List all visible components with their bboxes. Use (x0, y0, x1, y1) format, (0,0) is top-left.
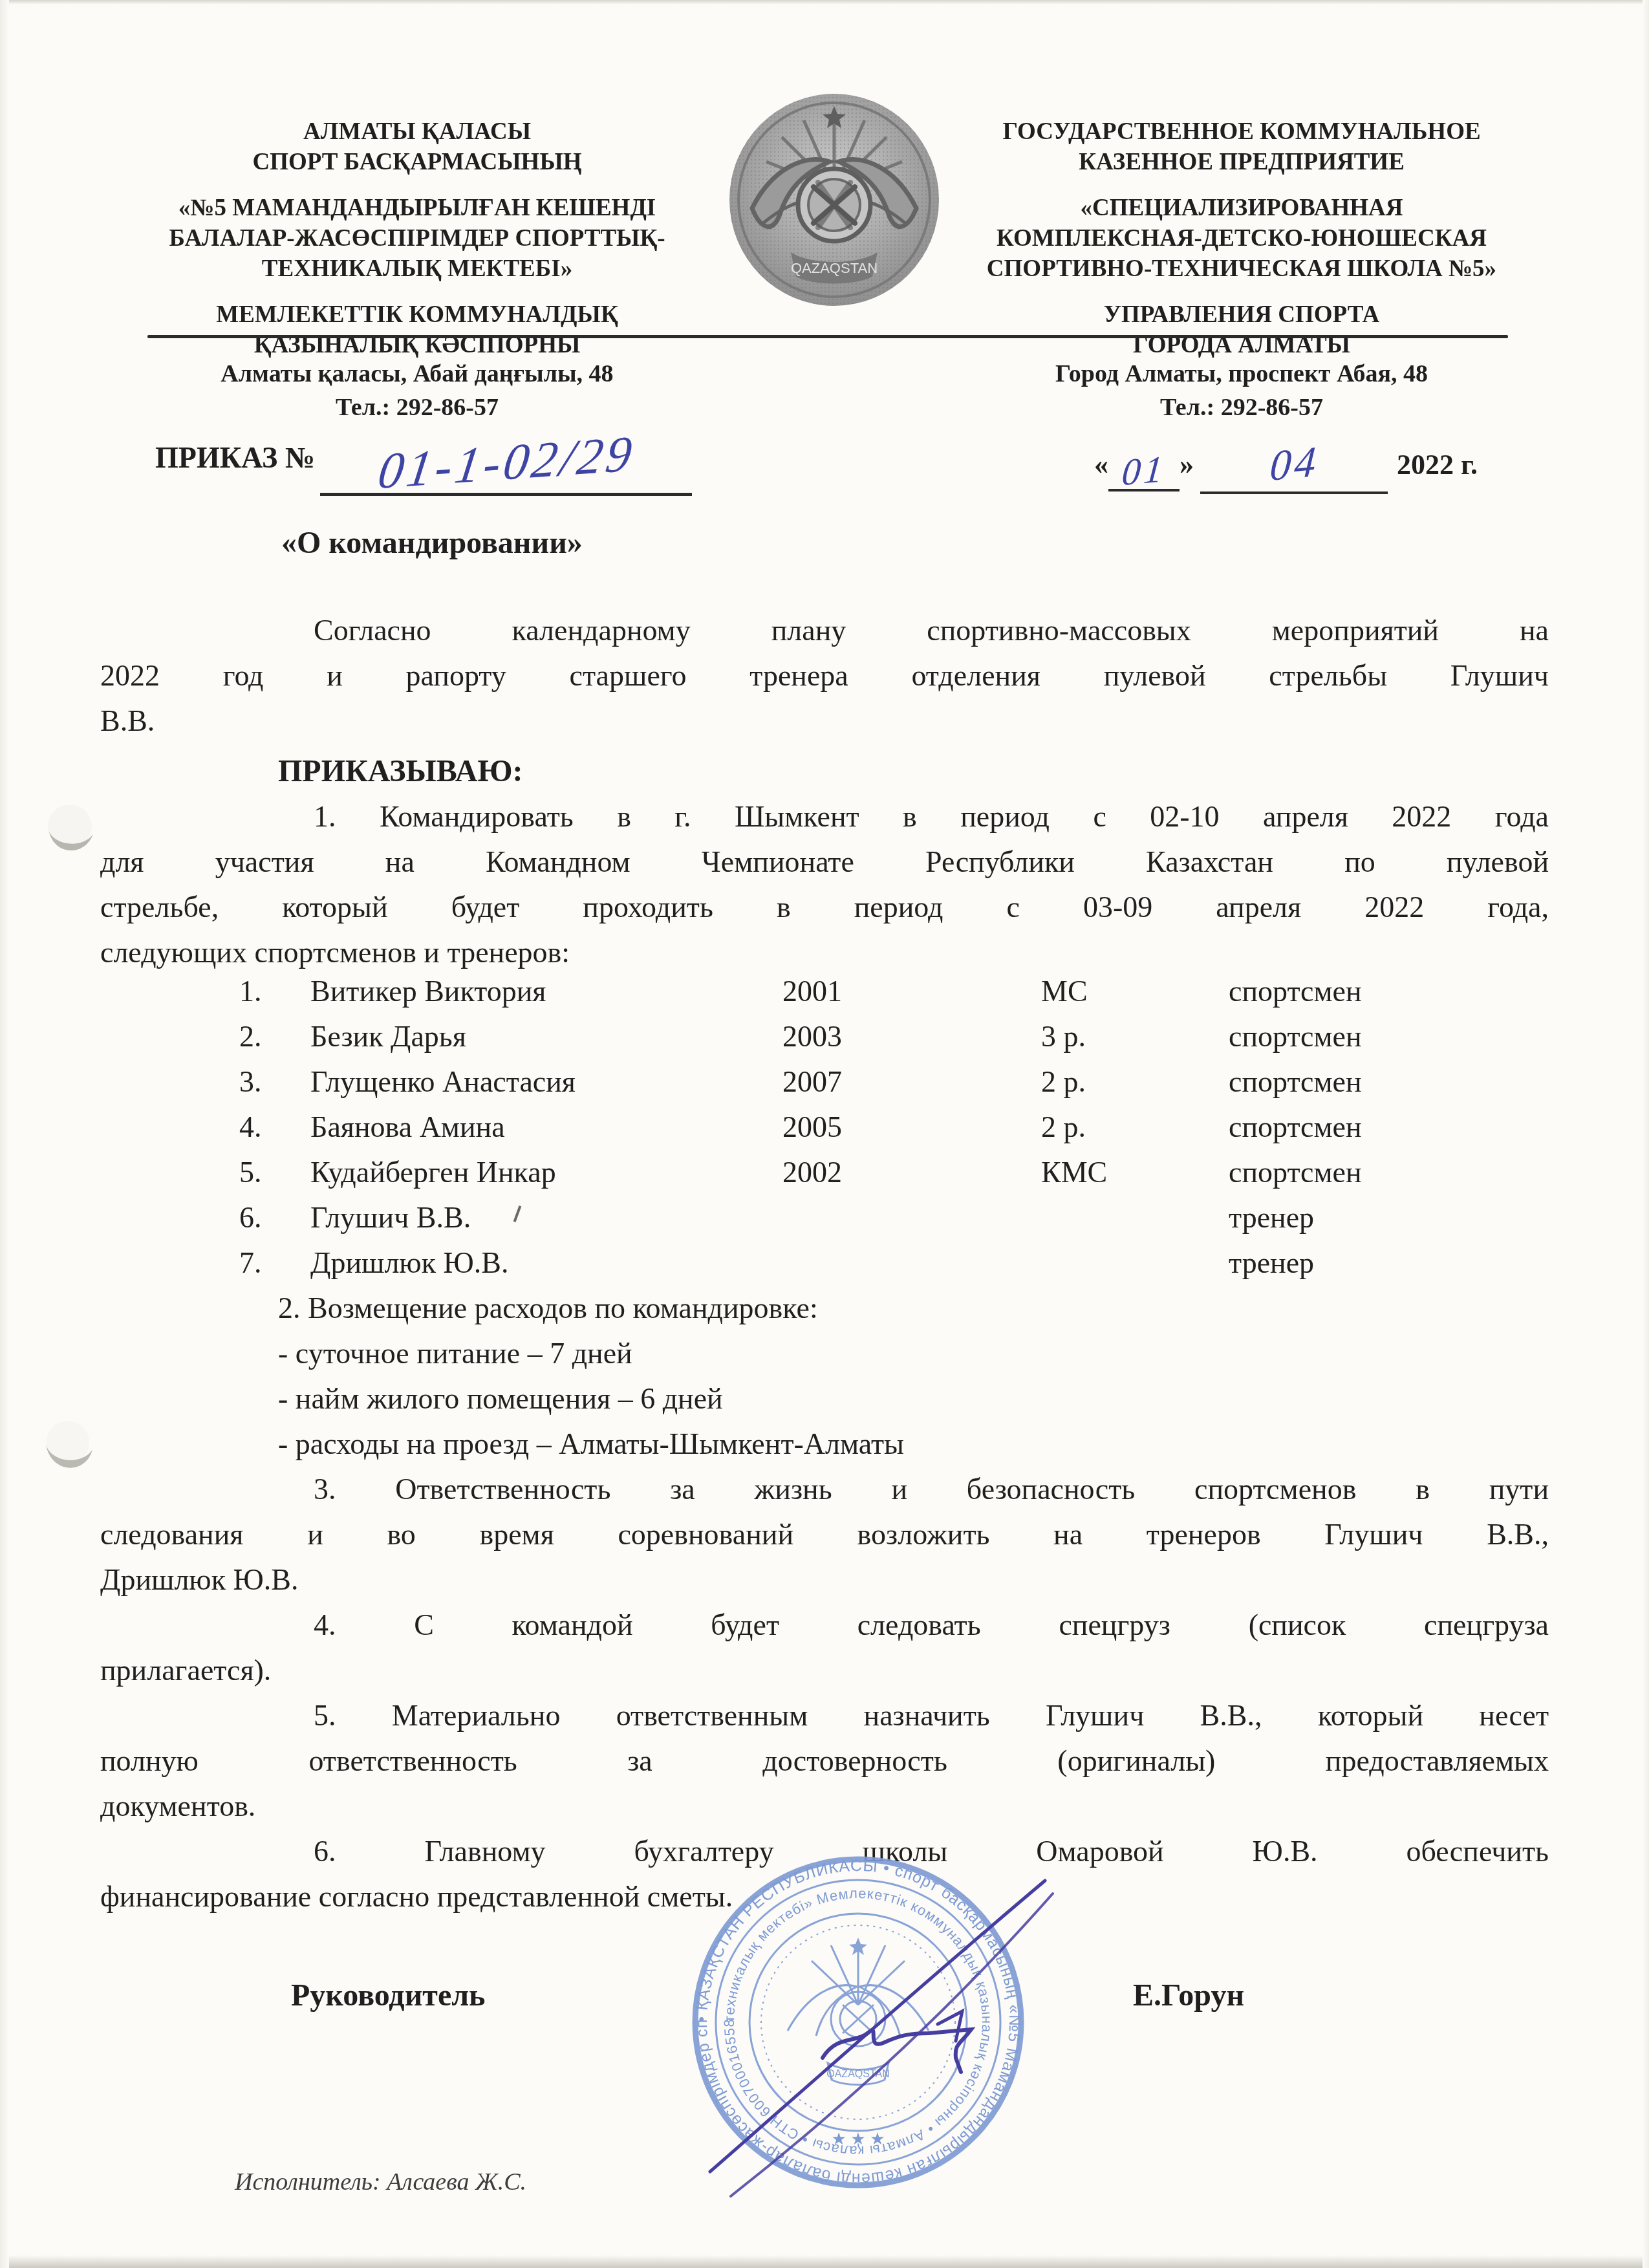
handwritten-order-number: 01-1-02/29 (374, 424, 638, 501)
sport-rank: 3 р. (1041, 1014, 1229, 1059)
birth-year: 2001 (782, 969, 1041, 1014)
kazakhstan-emblem-icon: QAZAQSTAN (726, 92, 942, 308)
stamp-stars: ★ ★ ★ (832, 2130, 885, 2148)
executor-line: Исполнитель: Алсаева Ж.С. (235, 2168, 526, 2196)
paragraph-line: 4. С командой будет следовать спецгруз (… (100, 1603, 1549, 1648)
handwritten-day: 01 (1120, 447, 1168, 495)
order-number-line: ПРИКАЗ №01-1-02/29 (155, 438, 692, 496)
roster-table: 1. Витикер Виктория 2001 МС спортсмен 2.… (100, 969, 1549, 1286)
row-number: 4. (239, 1105, 310, 1150)
paragraph-line: ПРИКАЗЫВАЮ: (100, 749, 1549, 794)
contact-block-russian: Город Алматы, проспект Абая, 48 Тел.: 29… (964, 357, 1520, 424)
table-row: 1. Витикер Виктория 2001 МС спортсмен (100, 969, 1549, 1014)
athlete-name: Кудайберген Инкар (310, 1150, 782, 1195)
paragraph-line: Согласно календарному плану спортивно-ма… (100, 608, 1549, 653)
sport-rank: МС (1041, 969, 1229, 1014)
athlete-name: Баянова Амина (310, 1105, 782, 1150)
role: спортсмен (1229, 1014, 1549, 1059)
item-5-paragraph: 5. Материально ответственным назначить Г… (100, 1693, 1549, 1829)
paragraph-line: прилагается). (100, 1648, 1549, 1693)
expense-bullet: - найм жилого помещения – 6 дней (100, 1376, 1549, 1421)
role: спортсмен (1229, 1059, 1549, 1105)
intro-paragraph: Согласно календарному плану спортивно-ма… (100, 608, 1549, 744)
athlete-name: Глущенко Анастасия (310, 1059, 782, 1105)
letterhead-russian: ГОСУДАРСТВЕННОЕ КОММУНАЛЬНОЕ КАЗЕННОЕ ПР… (964, 116, 1520, 360)
document-title: «О командировании» (281, 525, 583, 561)
table-row: 4. Баянова Амина 2005 2 р. спортсмен (100, 1105, 1549, 1150)
role: спортсмен (1229, 1150, 1549, 1195)
expense-bullet: - суточное питание – 7 дней (100, 1331, 1549, 1376)
scan-edge-bottom (0, 2255, 1649, 2268)
letterhead-divider (147, 335, 1508, 338)
contact-block-kazakh: Алматы қаласы, Абай даңғылы, 48 Тел.: 29… (149, 357, 685, 424)
sport-rank: КМС (1041, 1150, 1229, 1195)
letterhead-line: ТЕХНИКАЛЫҚ МЕКТЕБІ» (149, 254, 685, 284)
scan-edge-left (0, 0, 9, 2268)
quote-close: » (1180, 449, 1194, 481)
paragraph-line: Дришлюк Ю.В. (100, 1557, 1549, 1603)
letterhead-line: УПРАВЛЕНИЯ СПОРТА (964, 299, 1520, 330)
row-number: 3. (239, 1059, 310, 1105)
row-number: 1. (239, 969, 310, 1014)
paragraph-line: для участия на Командном Чемпионате Респ… (100, 839, 1549, 885)
address-line: Алматы қаласы, Абай даңғылы, 48 (149, 357, 685, 391)
emblem-banner-text: QAZAQSTAN (791, 260, 878, 276)
letterhead-line: КОМПЛЕКСНАЯ-ДЕТСКО-ЮНОШЕСКАЯ (964, 223, 1520, 254)
hole-punch-mark (36, 1418, 100, 1476)
order-number-underline: 01-1-02/29 (320, 438, 692, 496)
letterhead-line: КАЗЕННОЕ ПРЕДПРИЯТИЕ (964, 147, 1520, 177)
paragraph-line: 5. Материально ответственным назначить Г… (100, 1693, 1549, 1738)
letterhead-line: МЕМЛЕКЕТТІК КОММУНАЛДЫҚ (149, 299, 685, 330)
date-year: 2022 г. (1397, 449, 1478, 481)
role: спортсмен (1229, 1105, 1549, 1150)
paragraph-line: В.В. (100, 698, 1549, 744)
letterhead-kazakh: АЛМАТЫ ҚАЛАСЫ СПОРТ БАСҚАРМАСЫНЫҢ «№5 МА… (149, 116, 685, 360)
letterhead-line: ГОСУДАРСТВЕННОЕ КОММУНАЛЬНОЕ (964, 116, 1520, 147)
row-number: 2. (239, 1014, 310, 1059)
letterhead-line: АЛМАТЫ ҚАЛАСЫ (149, 116, 685, 147)
address-line: Город Алматы, проспект Абая, 48 (964, 357, 1520, 391)
table-row: 6. Глушич В.В. тренер (100, 1195, 1549, 1240)
stray-ink-mark (513, 1205, 522, 1222)
role: тренер (1229, 1195, 1549, 1240)
letterhead-line: «СПЕЦИАЛИЗИРОВАННАЯ (964, 193, 1520, 223)
paragraph-line: стрельбе, который будет проходить в пери… (100, 885, 1549, 930)
table-row: 7. Дришлюк Ю.В. тренер (100, 1240, 1549, 1286)
birth-year: 2005 (782, 1105, 1041, 1150)
sport-rank: 2 р. (1041, 1059, 1229, 1105)
athlete-name: Витикер Виктория (310, 969, 782, 1014)
sport-rank: 2 р. (1041, 1105, 1229, 1150)
birth-year: 2003 (782, 1014, 1041, 1059)
paragraph-line: полную ответственность за достоверность … (100, 1738, 1549, 1784)
table-row: 3. Глущенко Анастасия 2007 2 р. спортсме… (100, 1059, 1549, 1105)
trainer-name: Глушич В.В. (310, 1195, 782, 1240)
paragraph-line: 2. Возмещение расходов по командировке: (100, 1286, 1549, 1331)
paragraph-line: 3. Ответственность за жизнь и безопаснос… (100, 1467, 1549, 1512)
letterhead-line: «№5 МАМАНДАНДЫРЫЛҒАН КЕШЕНДІ (149, 193, 685, 223)
birth-year: 2002 (782, 1150, 1041, 1195)
letterhead-line: СПОРТ БАСҚАРМАСЫНЫҢ (149, 147, 685, 177)
row-number: 5. (239, 1150, 310, 1195)
letterhead-line: БАЛАЛАР-ЖАСӨСПІРІМДЕР СПОРТТЫҚ- (149, 223, 685, 254)
signatory-name: Е.Горун (1133, 1978, 1244, 2013)
trainer-name: Дришлюк Ю.В. (310, 1240, 782, 1286)
scan-edge-right (1643, 0, 1649, 2268)
item-2-paragraph: 2. Возмещение расходов по командировке: … (100, 1286, 1549, 1467)
resolution-word: ПРИКАЗЫВАЮ: (100, 749, 1549, 794)
paragraph-line: следования и во время соревнований возло… (100, 1512, 1549, 1557)
row-number: 7. (239, 1240, 310, 1286)
phone-line: Тел.: 292-86-57 (149, 391, 685, 424)
table-row: 2. Безик Дарья 2003 3 р. спортсмен (100, 1014, 1549, 1059)
table-row: 5. Кудайберген Инкар 2002 КМС спортсмен (100, 1150, 1549, 1195)
signatory-title: Руководитель (291, 1978, 486, 2013)
date-day-underline: 01 (1108, 449, 1180, 491)
paragraph-line: 2022 год и рапорту старшего тренера отде… (100, 653, 1549, 698)
scanned-order-document: АЛМАТЫ ҚАЛАСЫ СПОРТ БАСҚАРМАСЫНЫҢ «№5 МА… (0, 0, 1649, 2268)
stamp-inner-ring-text: техникалық мектебі» Мемлекеттік коммунал… (721, 1885, 995, 2159)
handwritten-month: 04 (1268, 437, 1320, 491)
paragraph-line: 1. Командировать в г. Шымкент в период с… (100, 794, 1549, 839)
stamp-inner-ring-textpath: техникалық мектебі» Мемлекеттік коммунал… (721, 1885, 995, 2159)
hole-punch-mark (38, 801, 102, 859)
letterhead-line: СПОРТИВНО-ТЕХНИЧЕСКАЯ ШКОЛА №5» (964, 254, 1520, 284)
quote-open: « (1094, 449, 1108, 481)
item-4-paragraph: 4. С командой будет следовать спецгруз (… (100, 1603, 1549, 1693)
order-number-label: ПРИКАЗ № (155, 441, 315, 474)
scan-edge-top (0, 0, 1649, 5)
date-month-underline: 04 (1200, 446, 1388, 494)
row-number: 6. (239, 1195, 310, 1240)
athlete-name: Безик Дарья (310, 1014, 782, 1059)
order-date-line: «01»042022 г. (1094, 446, 1478, 494)
birth-year: 2007 (782, 1059, 1041, 1105)
official-stamp: • ҚАЗАҚСТАН РЕСПУБЛИКАСЫ • спорт басқарм… (634, 1811, 1125, 2225)
role: тренер (1229, 1240, 1549, 1286)
trainer-name-text: Глушич В.В. (310, 1201, 471, 1234)
item-1-paragraph: 1. Командировать в г. Шымкент в период с… (100, 794, 1549, 975)
phone-line: Тел.: 292-86-57 (964, 391, 1520, 424)
item-3-paragraph: 3. Ответственность за жизнь и безопаснос… (100, 1467, 1549, 1603)
role: спортсмен (1229, 969, 1549, 1014)
expense-bullet: - расходы на проезд – Алматы-Шымкент-Алм… (100, 1421, 1549, 1467)
